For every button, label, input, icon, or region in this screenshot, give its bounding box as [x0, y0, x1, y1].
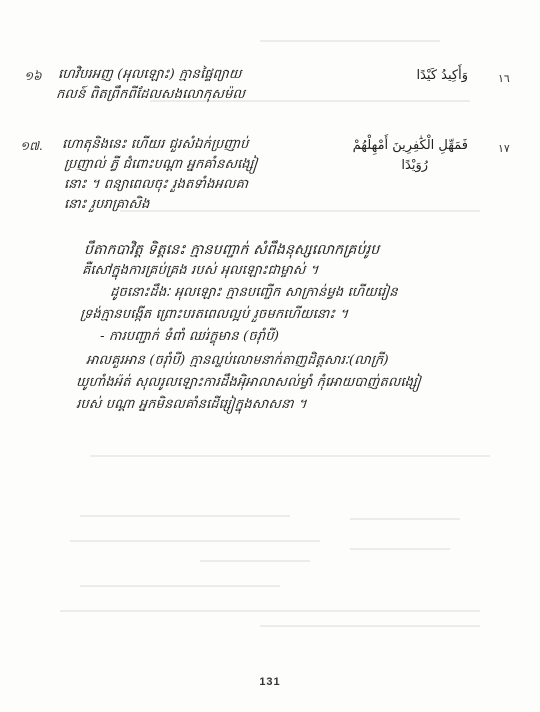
- bleed-through-line: [60, 610, 480, 612]
- note-number: ១៦: [24, 68, 42, 86]
- commentary-line: ទ្រង់ក្មានបង្កើត ព្រោះបរតពេលល្អប់ រួចមកហ…: [79, 306, 348, 325]
- arabic-verse: وَأَكِيدُ كَيْدًا: [416, 68, 468, 83]
- commentary-line: បឹតាកបាវិត្ត ទិត្តនេះ ក្មានបញ្ជាក់ សំពឹង…: [83, 240, 380, 261]
- commentary-line: គឺសៅក្នុងការគ្រប់គ្រង របស់ អុលឡោះជាម្ចាស…: [81, 262, 319, 281]
- bleed-through-line: [260, 40, 440, 42]
- bleed-through-line: [260, 625, 480, 627]
- handwritten-line: ហេវិបរអញ (អុលឡោះ) ក្មានផ្ទៃព្យាយ: [57, 66, 242, 85]
- commentary-line: របស់ បណ្ដា អ្នកមិនលគាំនដើរ្សៀក្នុងសាសនា …: [75, 396, 307, 415]
- bleed-through-line: [90, 455, 490, 457]
- commentary-line: - ការបញ្ជាក់ ទំពាំ ឈរ់ក្ខុមាន (ចរ៉ាំបី): [99, 328, 279, 347]
- bleed-through-line: [120, 210, 480, 212]
- bleed-through-line: [80, 515, 290, 517]
- arabic-verse: رُوَيْدًا: [401, 158, 428, 173]
- bleed-through-line: [350, 548, 450, 550]
- handwritten-line: ហោតុនិងនេះ ហើយរ ជួរសំឯក់ប្រញាប់: [61, 136, 249, 155]
- bleed-through-line: [70, 540, 320, 542]
- handwritten-line: នោះ ។ ពន្យាពេលចុះ រួងតទាំងអលគា: [63, 176, 248, 195]
- bleed-through-line: [80, 585, 280, 587]
- arabic-verse: فَمَهِّلِ الْكَٰفِرِينَ أَمْهِلْهُمْ: [353, 138, 468, 153]
- commentary-line: ឃូហាំងអ៉ត់ សុលរូលឡោះការដឹងអ៉ិអាលាសល់ម្វា…: [75, 374, 421, 393]
- verse-number: ١٦: [498, 72, 510, 85]
- verse-number: ١٧: [498, 142, 510, 155]
- handwritten-line: នោះ រួបរាគ្រាសិង: [63, 196, 150, 215]
- manuscript-page: ១៦ ហេវិបរអញ (អុលឡោះ) ក្មានផ្ទៃព្យាយ កលន៍…: [0, 0, 540, 712]
- bleed-through-line: [200, 560, 310, 562]
- commentary-line: ដូចនោះដឹងៈ អុលឡោះ ក្មានបញ្ចើក សាក្រាន់ម្…: [109, 284, 398, 303]
- note-number: ១៧.: [20, 138, 43, 156]
- page-number: 131: [0, 676, 540, 688]
- handwritten-line: ប្រញាល់ ភ្វី ជំពោះបណ្ដា អ្នកគាំនសង្សៀ: [63, 156, 258, 175]
- handwritten-line: កលន៍ ពិតព្រឹកពីដែលសងលោកុសម៉ល: [55, 86, 245, 105]
- commentary-line: អាលគួរអាន (ចរ៉ាំបី) ក្មានល្ហប់លោមនាក់តាញ…: [85, 352, 389, 371]
- bleed-through-line: [350, 518, 460, 520]
